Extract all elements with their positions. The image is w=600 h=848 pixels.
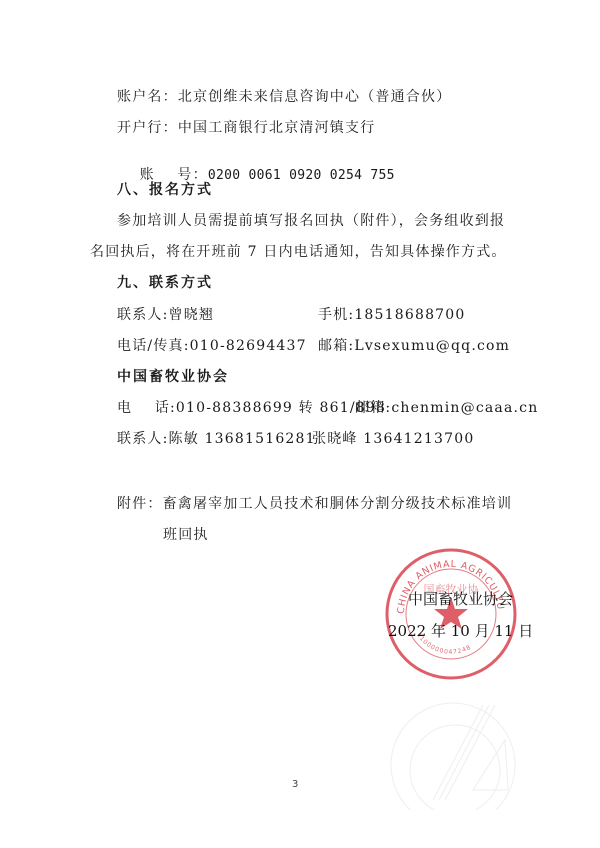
section-8-paragraph-line1: 参加培训人员需提前填写报名回执（附件），会务组收到报 (117, 213, 505, 229)
attachment-title: 畜禽屠宰加工人员技术和胴体分割分级技术标准培训 (163, 496, 513, 512)
contact1-person: 联系人:曾晓翘 (117, 307, 214, 323)
attachment-label: 附件： (117, 496, 163, 512)
account-name-row: 账户名：北京创维未来信息咨询中心（普通合伙） (117, 89, 451, 105)
contact1-phone: 电话/传真:010-82694437 (117, 338, 307, 354)
bank-row: 开户行：中国工商银行北京清河镇支行 (117, 120, 375, 136)
signature-org: 中国畜牧业协会 (408, 588, 513, 609)
attachment-line2: 班回执 (163, 527, 209, 543)
contact2-phone: 电 话:010-88388699 转 861/898 (117, 400, 386, 416)
watermark-logo-icon (383, 690, 523, 810)
bank-value: 中国工商银行北京清河镇支行 (178, 120, 376, 136)
contact1-email: 邮箱:Lvsexumu@qq.com (318, 338, 510, 354)
account-name-value: 北京创维未来信息咨询中心（普通合伙） (178, 89, 452, 105)
org-heading: 中国畜牧业协会 (117, 369, 229, 385)
section-8-paragraph-line2: 名回执后，将在开班前 7 日内电话通知，告知具体操作方式。 (90, 244, 507, 260)
contact1-mobile: 手机:18518688700 (318, 307, 466, 323)
official-seal-icon: CHINA ANIMAL AGRICULTURE ASSOCIATION 110… (384, 547, 518, 681)
signature-date: 2022 年 10 月 11 日 (388, 620, 533, 641)
account-name-label: 账户名： (117, 89, 178, 105)
section-9-heading: 九、联系方式 (117, 275, 213, 291)
account-number-label: 账 号： (140, 167, 208, 183)
contact2-persons2: 张晓峰 13641213700 (312, 431, 474, 447)
contact2-email: 邮箱:chenmin@caaa.cn (355, 400, 538, 416)
contact2-persons: 联系人:陈敏 13681516281 (117, 431, 316, 447)
attachment-line1: 附件：畜禽屠宰加工人员技术和胴体分割分级技术标准培训 (117, 496, 512, 512)
account-number-value: 0200 0061 0920 0254 755 (208, 168, 395, 183)
section-8-heading: 八、报名方式 (117, 182, 213, 198)
bank-label: 开户行： (117, 120, 178, 136)
page-number: 3 (292, 779, 298, 790)
